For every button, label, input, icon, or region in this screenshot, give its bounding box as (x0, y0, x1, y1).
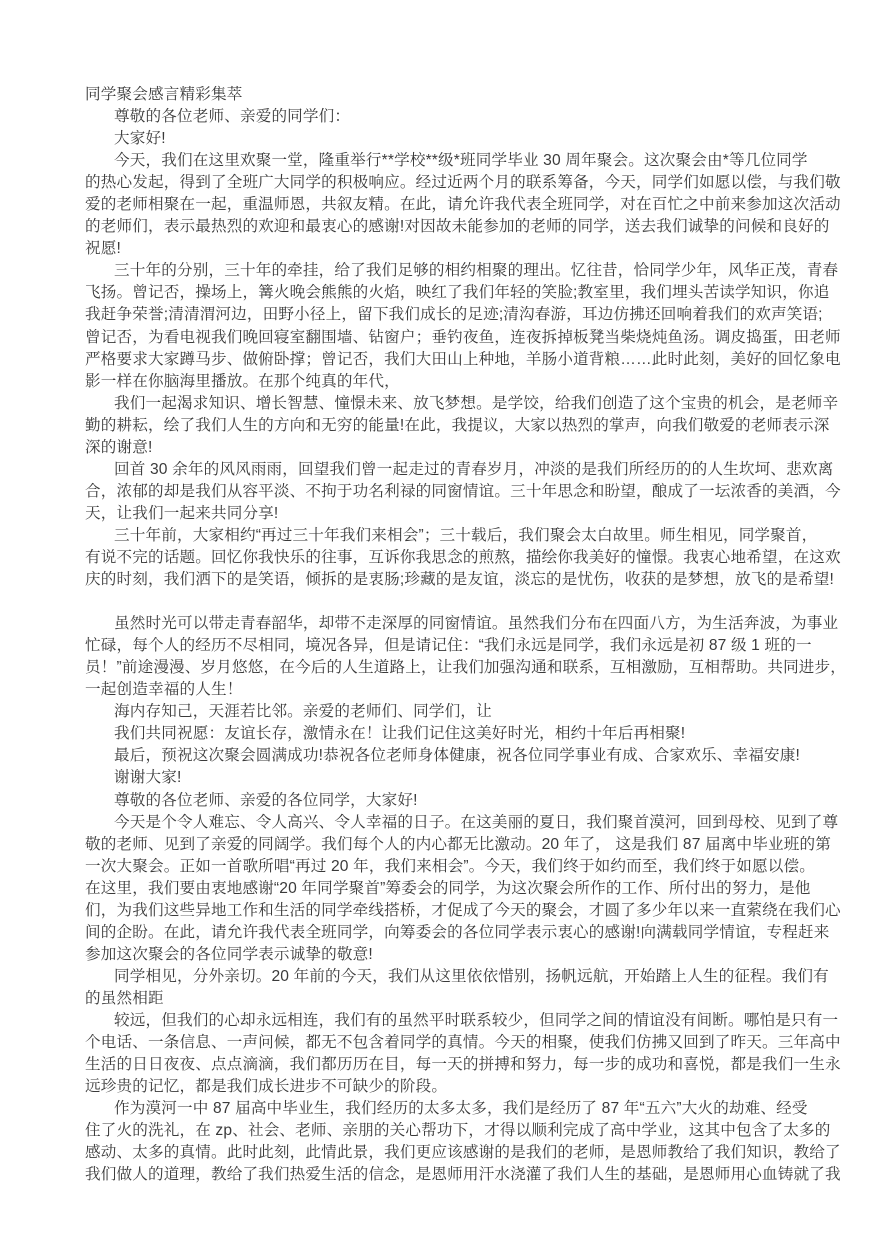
text-line: 较远，但我们的心却永远相连，我们有的虽然平时联系较少，但同学之间的情谊没有间断。… (85, 1010, 801, 1032)
text-line: 参加这次聚会的各位同学表示诚挚的敬意! (85, 944, 801, 966)
text-line: 庆的时刻，我们洒下的是笑语，倾拆的是衷肠;珍藏的是友谊，淡忘的是忧伤，收获的是梦… (85, 569, 801, 591)
text-line: 最后，预祝这次聚会圆满成功!恭祝各位老师身体健康，祝各位同学事业有成、合家欢乐、… (85, 745, 801, 767)
text-line: 海内存知己，天涯若比邻。亲爱的老师们、同学们，让 (85, 701, 801, 723)
text-line: 员！”前途漫漫、岁月悠悠，在今后的人生道路上，让我们加强沟通和联系，互相激励，互… (85, 657, 801, 679)
text-line: 一起创造幸福的人生！ (85, 679, 801, 701)
document-title: 同学聚会感言精彩集萃 (85, 84, 801, 106)
text-line: 的老师们，表示最热烈的欢迎和最衷心的感谢!对因故未能参加的老师的同学，送去我们诚… (85, 216, 801, 238)
text-line: 三十年的分别，三十年的牵挂，给了我们足够的相约相聚的理出。忆往昔，恰同学少年，风… (85, 260, 801, 282)
text-line: 曾记否，为看电视我们晚回寝室翻围墙、钻窗户；垂钓夜鱼，连夜拆掉板凳当柴烧炖鱼汤。… (85, 327, 801, 349)
text-line: 我们共同祝愿：友谊长存，激情永在！让我们记住这美好时光，相约十年后再相聚! (85, 723, 801, 745)
text-line: 三十年前，大家相约“再过三十年我们来相会”；三十载后，我们聚会太白故里。师生相见… (85, 525, 801, 547)
text-line: 忙碌，每个人的经历不尽相同，境况各异，但是请记住：“我们永远是同学，我们永远是初… (85, 635, 801, 657)
text-line: 尊敬的各位老师、亲爱的同学们： (85, 106, 801, 128)
text-line: 有说不完的话题。回忆你我快乐的往事，互诉你我思念的煎熬，描绘你我美好的憧憬。我衷… (85, 547, 801, 569)
document-page: 同学聚会感言精彩集萃 尊敬的各位老师、亲爱的同学们：大家好!今天，我们在这里欢聚… (0, 0, 884, 1250)
text-line: 回首 30 余年的风风雨雨，回望我们曾一起走过的青春岁月，冲淡的是我们所经历的的… (85, 459, 801, 481)
text-line: 爱的老师相聚在一起，重温师恩，共叙友精。在此，请允许我代表全班同学，对在百忙之中… (85, 194, 801, 216)
text-line: 尊敬的各位老师、亲爱的各位同学，大家好! (85, 790, 801, 812)
text-line: 作为漠河一中 87 届高中毕业生，我们经历的太多太多，我们是经历了 87 年“五… (85, 1098, 801, 1120)
text-line: 我们做人的道理，教给了我们热爱生活的信念，是恩师用汗水浇灌了我们人生的基础，是恩… (85, 1164, 801, 1186)
blank-line (85, 591, 801, 613)
text-line: 勤的耕耘，绘了我们人生的方向和无穷的能量!在此，我提议，大家以热烈的掌声，向我们… (85, 415, 801, 437)
text-line: 深的谢意! (85, 437, 801, 459)
text-line: 我赶争荣誉;清清渭河边，田野小径上，留下我们成长的足迹;清沟春游，耳边仿拂还回响… (85, 304, 801, 326)
text-line: 飞扬。曾记否，操场上，篝火晚会熊熊的火焰，映红了我们年轻的笑脸;教室里，我们埋头… (85, 282, 801, 304)
text-line: 今天，我们在这里欢聚一堂，隆重举行**学校**级*班同学毕业 30 周年聚会。这… (85, 150, 801, 172)
text-line: 一次大聚会。正如一首歌所唱“再过 20 年，我们来相会”。今天，我们终于如约而至… (85, 856, 801, 878)
text-line: 今天是个令人难忘、令人高兴、令人幸福的日子。在这美丽的夏日，我们聚首漠河，回到母… (85, 812, 801, 834)
text-line: 生活的日日夜夜、点点滴滴，我们都历历在目，每一天的拼搏和努力，每一步的成功和喜悦… (85, 1054, 801, 1076)
text-line: 远珍贵的记忆，都是我们成长进步不可缺少的阶段。 (85, 1076, 801, 1098)
text-line: 天，让我们一起来共同分享! (85, 503, 801, 525)
text-line: 的虽然相距 (85, 988, 801, 1010)
text-line: 同学相见，分外亲切。20 年前的今天，我们从这里依依惜别，扬帆远航，开始踏上人生… (85, 966, 801, 988)
text-line: 们，为我们这些异地工作和生活的同学牵线搭桥，才促成了今天的聚会，才圆了多少年以来… (85, 900, 801, 922)
text-line: 合，浓郁的却是我们从容平淡、不拘于功名利禄的同窗情谊。三十年思念和盼望，酿成了一… (85, 481, 801, 503)
text-line: 影一样在你脑海里播放。在那个纯真的年代， (85, 371, 801, 393)
document-lines: 尊敬的各位老师、亲爱的同学们：大家好!今天，我们在这里欢聚一堂，隆重举行**学校… (85, 106, 801, 1186)
text-line: 间的企盼。在此，请允许我代表全班同学，向筹委会的各位同学表示衷心的感谢!向满载同… (85, 922, 801, 944)
text-line: 大家好! (85, 128, 801, 150)
text-line: 在这里，我们要由衷地感谢“20 年同学聚首”筹委会的同学，为这次聚会所作的工作、… (85, 878, 801, 900)
text-line: 祝愿! (85, 238, 801, 260)
text-line: 的热心发起，得到了全班广大同学的积极响应。经过近两个月的联系筹备，今天，同学们如… (85, 172, 801, 194)
text-line: 谢谢大家! (85, 767, 801, 789)
document-body: 同学聚会感言精彩集萃 尊敬的各位老师、亲爱的同学们：大家好!今天，我们在这里欢聚… (85, 84, 801, 1186)
text-line: 严格要求大家蹲马步、做俯卧撑；曾记否，我们大田山上种地，羊肠小道背粮……此时此刻… (85, 349, 801, 371)
text-line: 个电话、一条信息、一声问候，都无不包含着同学的真情。今天的相聚，使我们仿拂又回到… (85, 1032, 801, 1054)
text-line: 虽然时光可以带走青春韶华，却带不走深厚的同窗情谊。虽然我们分布在四面八方，为生活… (85, 613, 801, 635)
text-line: 我们一起渴求知识、增长智慧、憧憬未来、放飞梦想。是学饺，给我们创造了这个宝贵的机… (85, 393, 801, 415)
text-line: 住了火的洗礼，在 zp、社会、老师、亲朋的关心帮功下，才得以顺利完成了高中学业，… (85, 1120, 801, 1142)
text-line: 敬的老师、见到了亲爱的同阔学。我们每个人的内心都无比激动。20 年了， 这是我们… (85, 834, 801, 856)
text-line: 感动、太多的真情。此时此刻，此情此景，我们更应该感谢的是我们的老师，是恩师教给了… (85, 1142, 801, 1164)
